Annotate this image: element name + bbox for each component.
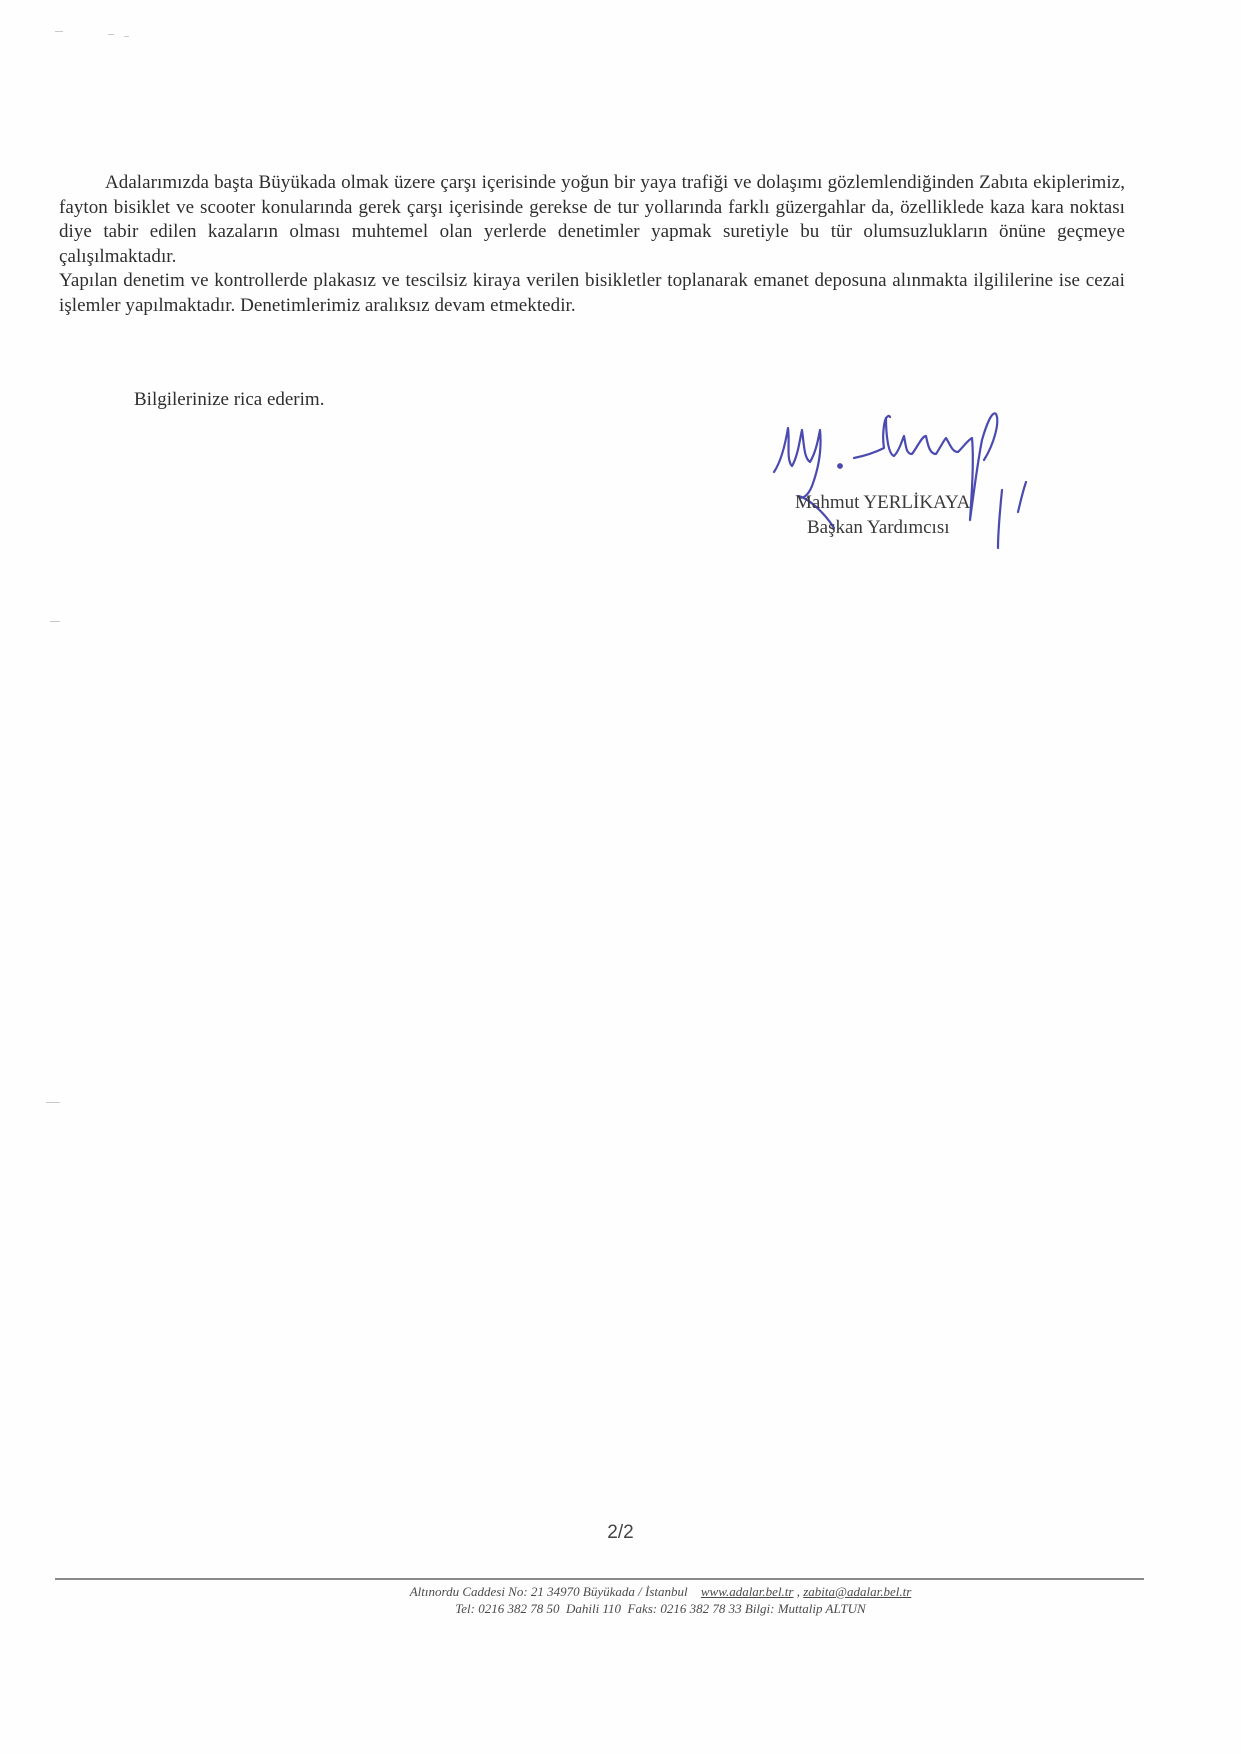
website-link[interactable]: www.adalar.bel.tr [701,1584,794,1599]
page-number: 2/2 [0,1522,1241,1544]
footer-address: Altınordu Caddesi No: 21 34970 Büyükada … [410,1584,688,1599]
footer-separator: , [797,1584,800,1599]
signature-block: Mahmut YERLİKAYA Başkan Yardımcısı [795,490,1055,540]
handwritten-signature [768,400,1068,565]
footer-extension: Dahili 110 [566,1601,621,1616]
footer-contact-line: Tel: 0216 382 78 50 Dahili 110 Faks: 021… [0,1600,1241,1617]
footer-phone: Tel: 0216 382 78 50 [455,1601,559,1616]
document-page: Adalarımızda başta Büyükada olmak üzere … [0,0,1241,1754]
body-paragraph-1: Adalarımızda başta Büyükada olmak üzere … [59,171,1125,269]
body-paragraph-2: Yapılan denetim ve kontrollerde plakasız… [59,269,1125,318]
letter-body: Adalarımızda başta Büyükada olmak üzere … [59,171,1125,318]
footer-fax: Faks: 0216 382 78 33 [628,1601,742,1616]
signatory-title: Başkan Yardımcısı [795,515,1055,540]
letterhead-footer: Altınordu Caddesi No: 21 34970 Büyükada … [0,1583,1241,1617]
footer-info: Bilgi: Muttalip ALTUN [745,1601,866,1616]
signatory-name: Mahmut YERLİKAYA [795,490,1055,515]
footer-divider [55,1578,1144,1580]
footer-address-line: Altınordu Caddesi No: 21 34970 Büyükada … [0,1583,1241,1600]
email-link[interactable]: zabita@adalar.bel.tr [803,1584,911,1599]
closing-line: Bilgilerinize rica ederim. [134,389,324,411]
